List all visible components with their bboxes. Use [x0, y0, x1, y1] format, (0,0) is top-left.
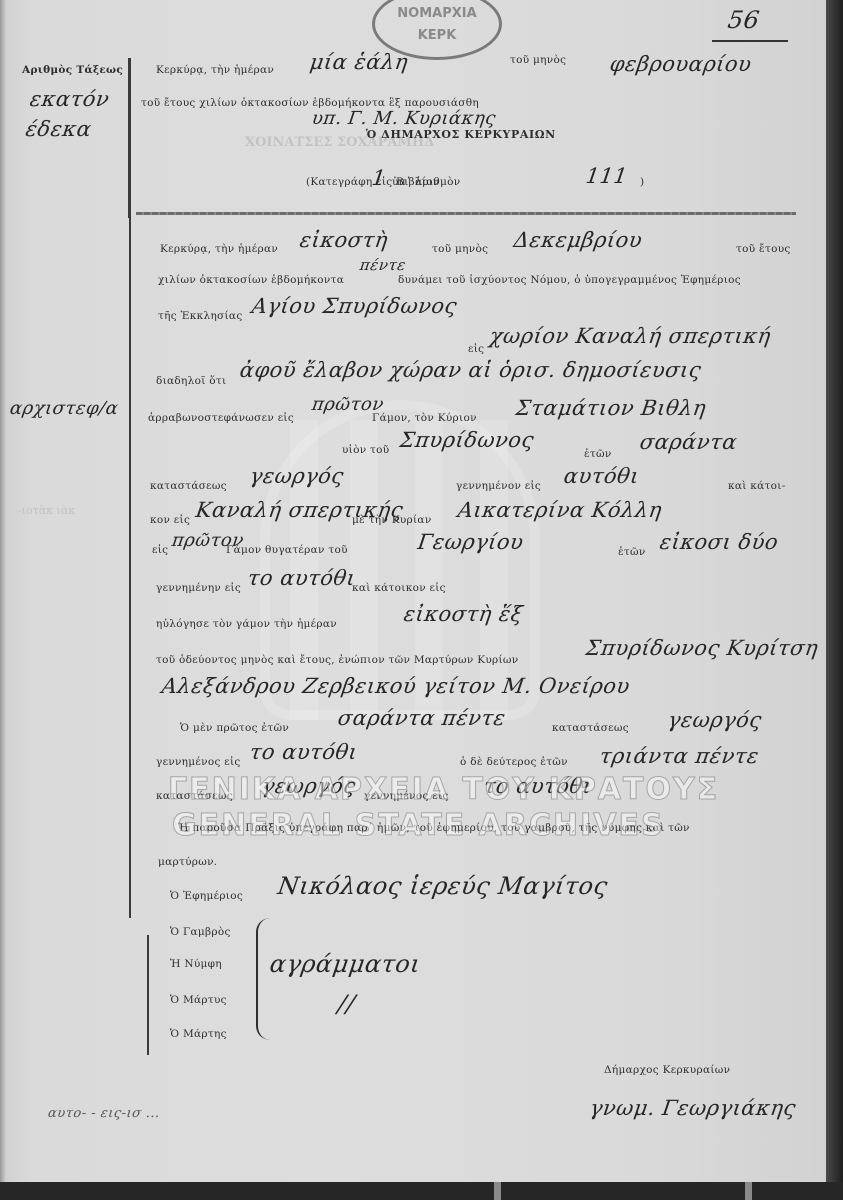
section-divider	[136, 212, 796, 215]
header-date-prefix: Κερκύρᾳ, τὴν ἡμέραν	[156, 64, 274, 76]
entry-number-label: Αριθμὸς Τάξεως	[22, 64, 123, 76]
header-month: φεβρουαρίου	[608, 52, 753, 76]
body-month-label: τοῦ μηνὸς	[432, 243, 488, 255]
scan-tab	[494, 1182, 501, 1200]
document-page: ΝΟΜΑΡΧΙΑ ΚΕΡΚ 56 ΧΟΙΝΑΤΣΕΣ ΣΟΧΑΡΑΜΗΔ -ιο…	[0, 0, 826, 1182]
margin-rule-top	[128, 58, 131, 218]
groom-status: γεωργός	[248, 464, 345, 488]
illiterate-note: αγράμματοι	[268, 950, 422, 978]
bleed-through-text: -ιοτὰκ ιὰκ	[18, 504, 75, 517]
witness-1-name: Σπυρίδωνος Κυρίτση	[584, 636, 820, 660]
registration-suffix: )	[640, 176, 644, 188]
body-month: Δεκεμβρίου	[512, 228, 644, 252]
location-label: εἰς	[468, 343, 484, 355]
witness-2-signature-label: Ὁ Μάρτης	[170, 1028, 227, 1040]
bride-marriage-label: εἰς	[152, 544, 168, 556]
body-year-text: χιλίων ὀκτακοσίων ἑβδομήκοντα	[158, 274, 344, 286]
scan-tab	[745, 1182, 752, 1200]
groom-father-label: υἱὸν τοῦ	[342, 444, 389, 456]
priest-signature: Νικόλαος ἱερεύς Μαγίτος	[276, 872, 610, 900]
body-year-insert: πέντε	[359, 256, 407, 274]
margin-rule-bottom	[147, 935, 149, 1055]
page-edge-shadow	[0, 0, 6, 1182]
body-year-rest: δυνάμει τοῦ ἰσχύοντος Νόμου, ὁ ὑπογεγραμ…	[398, 274, 741, 286]
groom-status-label: καταστάσεως	[150, 480, 227, 492]
watermark-greek: ΓΕΝΙΚΑ ΑΡΧΕΙΑ ΤΟΥ ΚΡΑΤΟΥΣ	[168, 772, 719, 807]
declares-label: διαδηλοῖ ὅτι	[156, 375, 226, 387]
first-witness-status: γεωργός	[666, 708, 763, 732]
priest-signature-label: Ὁ Ἐφημέριος	[170, 890, 243, 902]
first-witness-age: σαράντα πέντε	[336, 706, 507, 730]
page-number: 56	[726, 6, 761, 34]
entry-number-handwritten: εκατόν έδεκα	[24, 84, 122, 144]
groom-father: Σπυρίδωνος	[398, 428, 535, 452]
body-day: εἰκοστὴ	[298, 228, 389, 252]
groom-signature-label: Ὁ Γαμβρὸς	[170, 926, 231, 938]
margin-footer-scribble: αυτο- - εις-ισ ...	[47, 1106, 161, 1121]
bride-signature-label: Ἡ Νύμφη	[170, 958, 222, 970]
mayor-signature-label: Δήμαρχος Κερκυραίων	[604, 1064, 730, 1076]
first-witness-age-label: Ὁ μὲν πρῶτος ἐτῶν	[180, 722, 289, 734]
betrothal-label: ἀρραβωνοστεφάνωσεν εἰς	[148, 412, 294, 424]
first-witness-born-label: γεννημένος εἰς	[156, 756, 241, 768]
watermark-english: GENERAL STATE ARCHIVES	[172, 808, 665, 843]
witnesses-label: τοῦ ὁδεύοντος μηνὸς καὶ ἔτους, ἐνώπιον τ…	[156, 654, 518, 666]
ceremony-label: ηὐλόγησε τὸν γάμον τὴν ἡμέραν	[156, 618, 337, 630]
bride-resides-label: καὶ κάτοικον εἰς	[352, 582, 446, 594]
stamp-line-1: ΝΟΜΑΡΧΙΑ	[375, 3, 499, 25]
groom-name: Σταμάτιον Βιθλη	[514, 396, 707, 420]
ceremony-day: εἰκοστὴ ἕξ	[402, 602, 524, 626]
bride-birthplace: το αυτόθι	[246, 566, 357, 590]
signature-bracket	[256, 918, 272, 1040]
mayor-signature: γνωμ. Γεωργιάκης	[588, 1096, 797, 1120]
bride-father-label: Γάμον θυγατέραν τοῦ	[226, 544, 348, 556]
body-year-label: τοῦ ἔτους	[736, 243, 791, 255]
groom-resides-label: καὶ κάτοι-	[728, 480, 786, 492]
header-presenter: υπ. Γ. Μ. Κυριάκης	[311, 108, 498, 129]
header-mayor-title: Ὁ ΔΗΜΑΡΧΟΣ ΚΕΡΚΥΡΑΙΩΝ	[366, 128, 556, 141]
groom-residence-label: κον εἰς	[150, 514, 190, 526]
second-witness-age: τριάντα πέντε	[598, 744, 760, 768]
church-name: Αγίου Σπυρίδωνος	[250, 294, 458, 318]
bride-born-label: γεννημένην εἰς	[156, 582, 241, 594]
header-month-label: τοῦ μηνὸς	[510, 54, 566, 66]
margin-rule	[129, 218, 131, 918]
groom-age-label: ἐτῶν	[584, 448, 612, 460]
bride-father: Γεωργίου	[416, 530, 525, 554]
church-label: τῆς Ἐκκλησίας	[158, 310, 243, 322]
stamp-line-2: ΚΕΡΚ	[375, 25, 499, 47]
bride-label: μὲ τὴν Κυρίαν	[352, 514, 432, 526]
groom-age: σαράντα	[638, 430, 738, 454]
groom-label: Γάμον, τὸν Κύριον	[372, 412, 477, 424]
first-witness-birthplace: το αυτόθι	[248, 740, 359, 764]
bride-age-label: ἐτῶν	[618, 546, 646, 558]
registration-number-label: ὑπ᾽ ἀριθμὸν	[392, 176, 460, 188]
first-witness-status-label: καταστάσεως	[552, 722, 629, 734]
second-witness-age-label: ὁ δὲ δεύτερος ἐτῶν	[460, 756, 568, 768]
body-date-prefix: Κερκύρᾳ, τὴν ἡμέραν	[160, 243, 278, 255]
closing-text-line-2: μαρτύρων.	[158, 856, 217, 868]
witness-2-name: Αλεξάνδρου Ζερβεικού γείτον Μ. Ονείρου	[160, 674, 631, 698]
location-value: χωρίον Καναλή σπερτική	[488, 324, 772, 348]
scan-edge-bottom	[0, 1182, 843, 1200]
page-number-underline	[712, 40, 788, 42]
witness-1-signature-label: Ὁ Μάρτυς	[170, 994, 227, 1006]
groom-born-label: γεννημένον εἰς	[456, 480, 541, 492]
declares-value: ἀφοῦ ἔλαβον χώραν αἱ ὁρισ. δημοσίευσις	[238, 358, 703, 382]
groom-birthplace: αυτόθι	[562, 464, 640, 488]
scan-edge-right	[826, 0, 843, 1200]
margin-note: αρχιστεφ/α	[9, 398, 120, 419]
header-day: μία ἑάλη	[308, 50, 409, 74]
bride-name: Αικατερίνα Κόλλη	[456, 498, 663, 522]
registration-number: 111	[584, 164, 629, 188]
ditto-mark: //	[336, 990, 357, 1018]
bride-age: εἰκοσι δύο	[658, 530, 780, 554]
